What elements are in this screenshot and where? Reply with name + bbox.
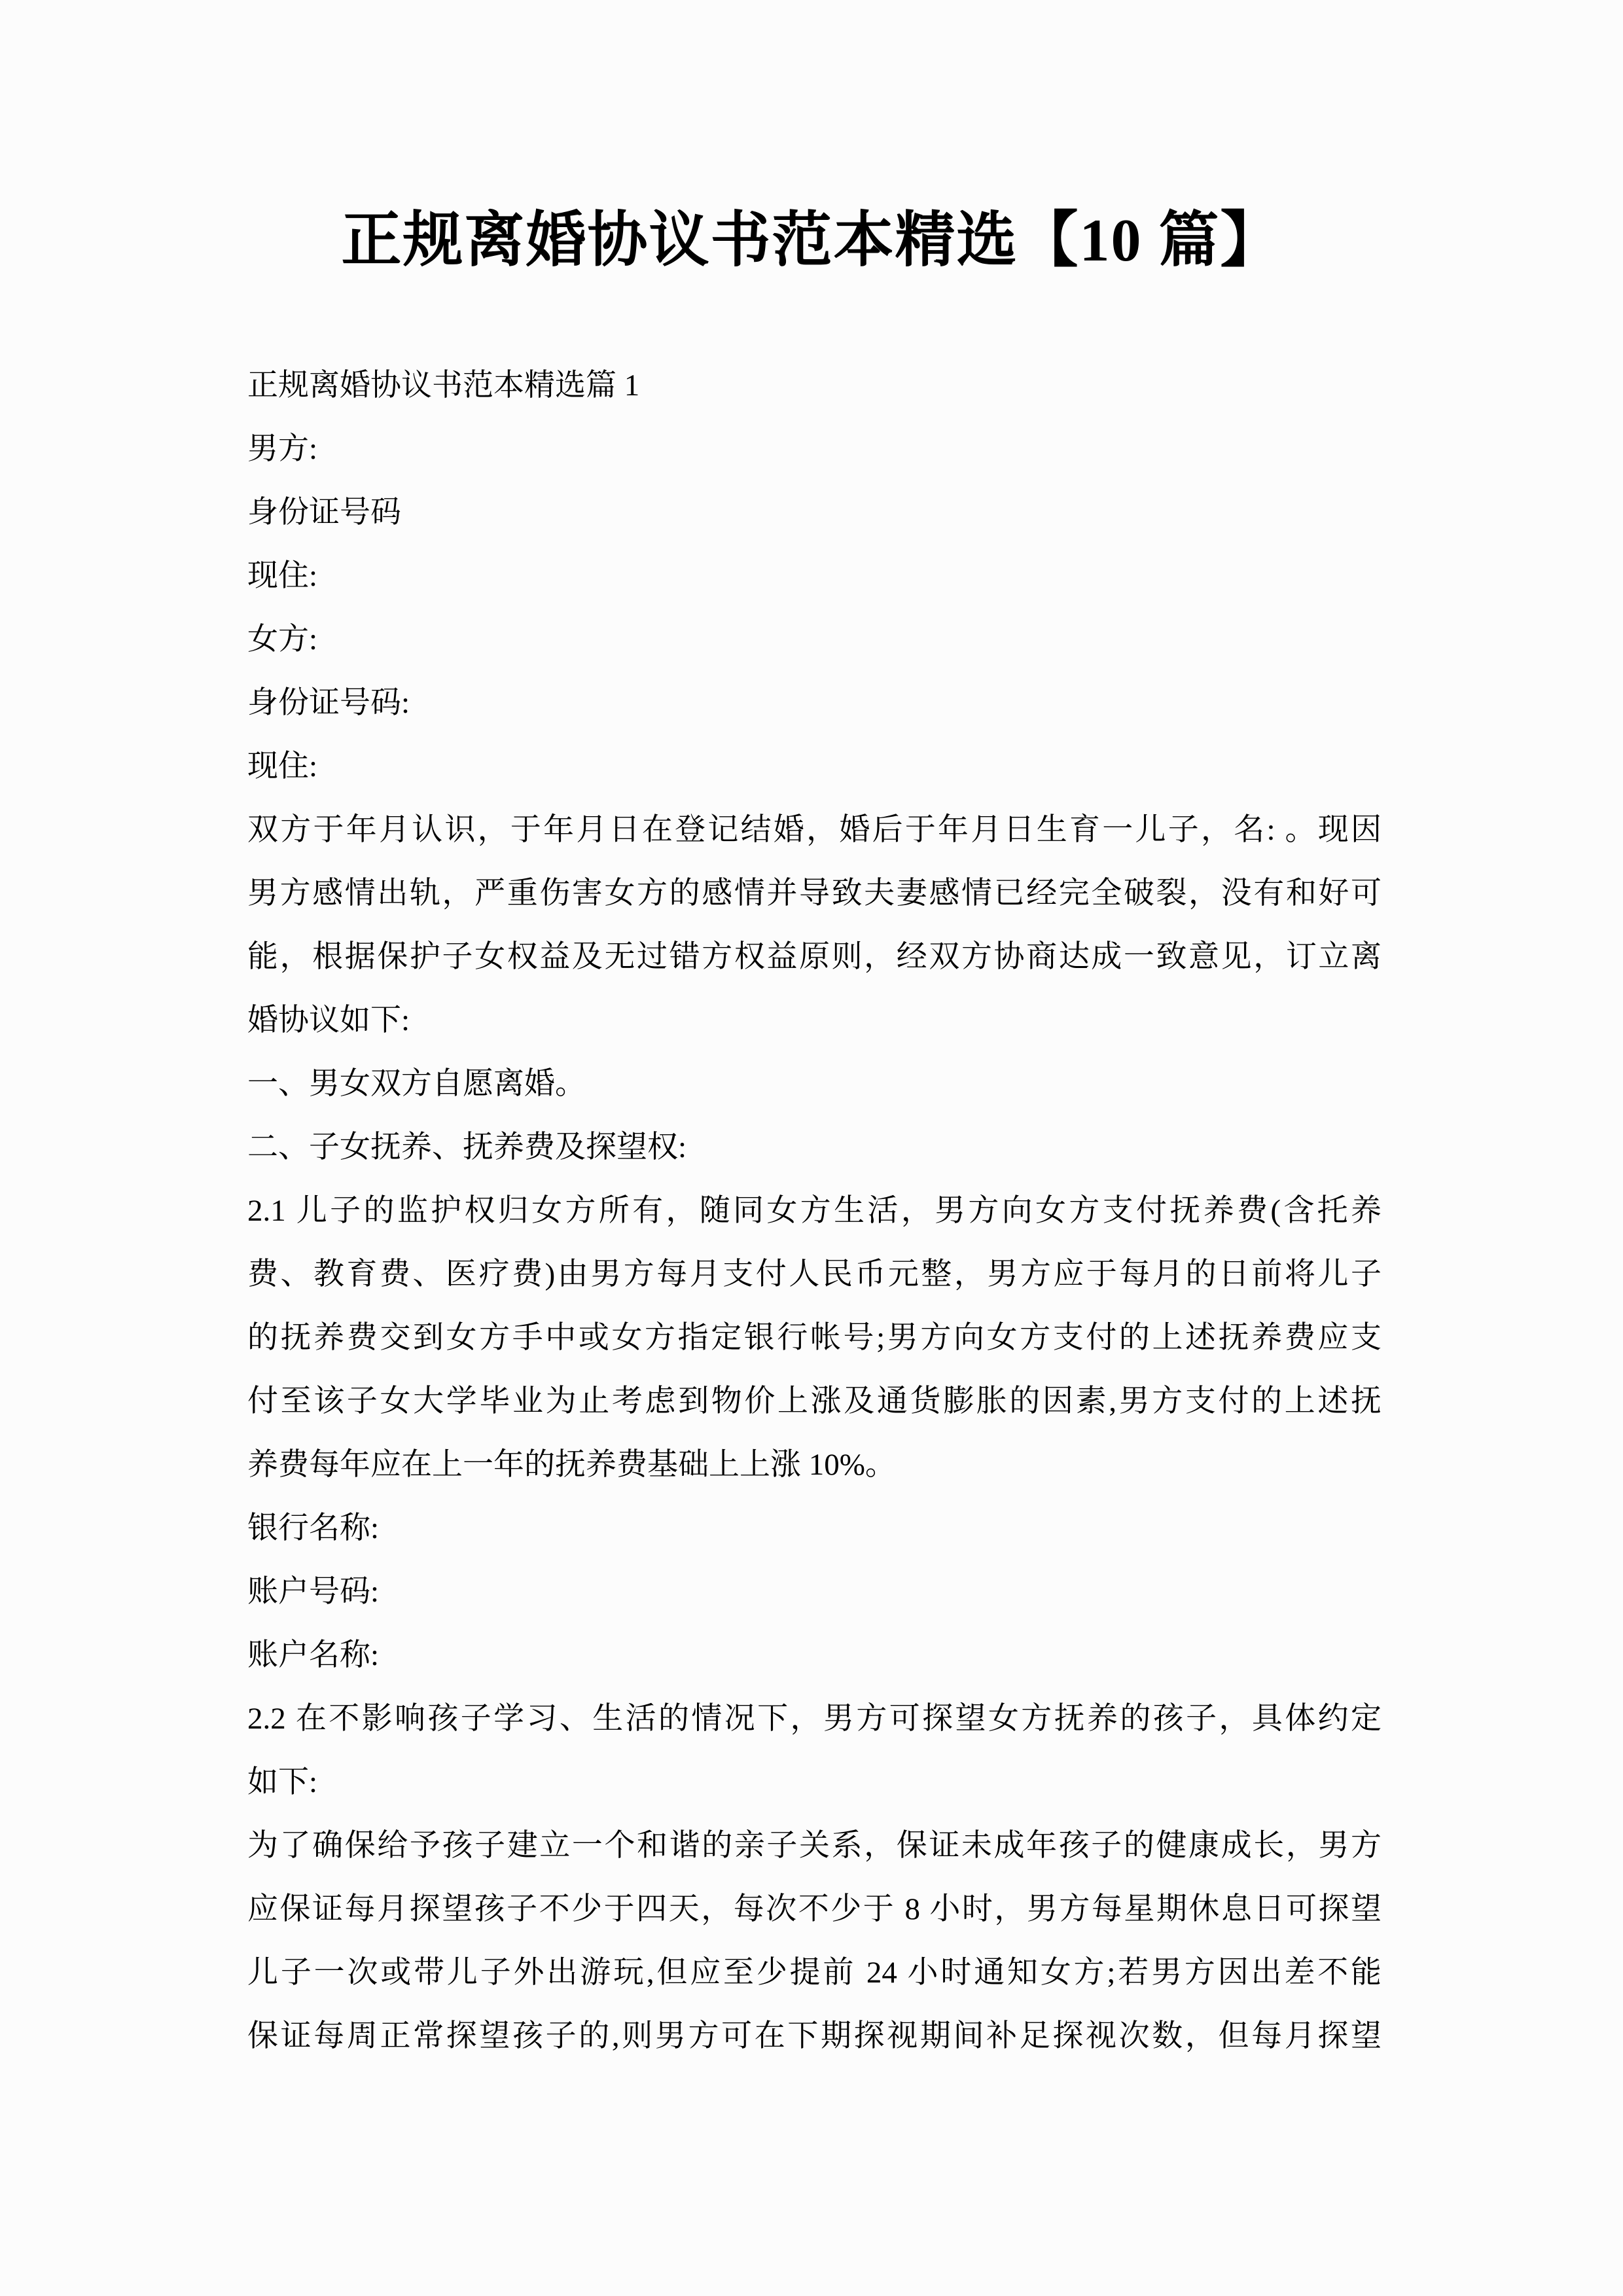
body-line: 女方: [247,608,1382,672]
body-line: 银行名称: [247,1497,1382,1560]
body-line: 正规离婚协议书范本精选篇 1 [247,354,1382,418]
body-line: 为了确保给予孩子建立一个和谐的亲子关系，保证未成年孩子的健康成长，男方 [247,1814,1382,1878]
body-line: 身份证号码 [247,481,1382,545]
body-line: 男方: [247,418,1382,481]
body-line: 男方感情出轨，严重伤害女方的感情并导致夫妻感情已经完全破裂，没有和好可 [247,862,1382,925]
body-line: 婚协议如下: [247,989,1382,1052]
body-line: 账户名称: [247,1624,1382,1687]
body-line: 现住: [247,545,1382,608]
body-line: 二、子女抚养、抚养费及探望权: [247,1116,1382,1179]
body-line: 账户号码: [247,1560,1382,1624]
document-body: 正规离婚协议书范本精选篇 1 男方: 身份证号码 现住: 女方: 身份证号码: … [247,354,1382,2068]
body-line: 身份证号码: [247,672,1382,735]
body-line: 儿子一次或带儿子外出游玩,但应至少提前 24 小时通知女方;若男方因出差不能 [247,1941,1382,2005]
body-line: 2.2 在不影响孩子学习、生活的情况下，男方可探望女方抚养的孩子，具体约定 [247,1687,1382,1751]
body-line: 现住: [247,735,1382,798]
body-line: 费、教育费、医疗费)由男方每月支付人民币元整，男方应于每月的日前将儿子 [247,1243,1382,1306]
body-line: 能，根据保护子女权益及无过错方权益原则，经双方协商达成一致意见，订立离 [247,925,1382,989]
body-line: 双方于年月认识，于年月日在登记结婚，婚后于年月日生育一儿子，名: 。现因 [247,798,1382,862]
body-line: 应保证每月探望孩子不少于四天，每次不少于 8 小时，男方每星期休息日可探望 [247,1878,1382,1941]
body-line: 付至该子女大学毕业为止考虑到物价上涨及通货膨胀的因素,男方支付的上述抚 [247,1370,1382,1433]
body-line: 如下: [247,1751,1382,1814]
body-line: 一、男女双方自愿离婚。 [247,1052,1382,1116]
body-line: 2.1 儿子的监护权归女方所有，随同女方生活，男方向女方支付抚养费(含托养 [247,1179,1382,1243]
body-line: 的抚养费交到女方手中或女方指定银行帐号;男方向女方支付的上述抚养费应支 [247,1306,1382,1370]
document-page: 正规离婚协议书范本精选【10 篇】 正规离婚协议书范本精选篇 1 男方: 身份证… [0,0,1623,2296]
document-title: 正规离婚协议书范本精选【10 篇】 [0,198,1623,283]
body-line: 养费每年应在上一年的抚养费基础上上涨 10%。 [247,1433,1382,1497]
body-line: 保证每周正常探望孩子的,则男方可在下期探视期间补足探视次数，但每月探望 [247,2005,1382,2068]
